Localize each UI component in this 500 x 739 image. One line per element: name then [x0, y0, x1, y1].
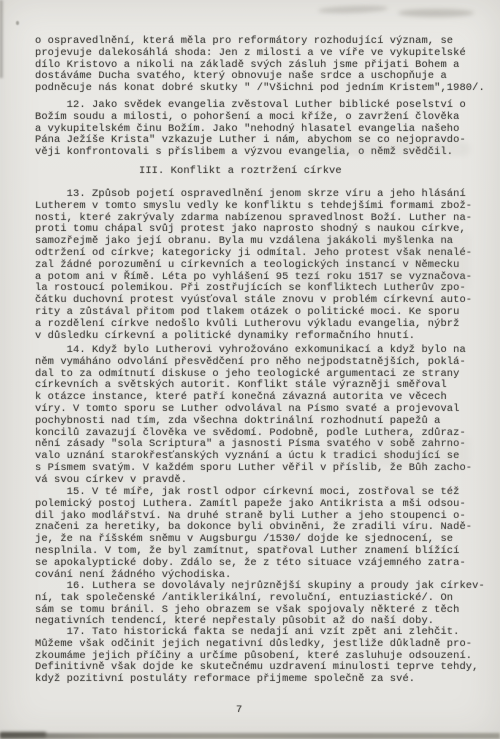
- paragraph-17: 17. Tato historická fakta se nedají ani …: [35, 627, 478, 686]
- bleedthrough-smudge-2: [300, 232, 470, 292]
- page-bottom-edge-band: [0, 733, 500, 739]
- paragraph-11-continuation: o ospravedlnění, která měla pro reformát…: [35, 36, 485, 95]
- paragraph-15: 15. V té míře, jak rostl odpor církevní …: [35, 487, 472, 581]
- bleedthrough-smudge-1: [310, 142, 470, 156]
- smudge-mark-top-right-2: [398, 9, 474, 17]
- bleedthrough-smudge-3: [330, 436, 470, 466]
- section-heading-iii: III. Konflikt a roztržení církve: [139, 166, 342, 178]
- scan-edge-shadow-top-left: [0, 0, 4, 78]
- page-bottom-edge-dark-spot: [0, 732, 46, 737]
- scanned-typewritten-page: o ospravedlnění, která měla pro reformát…: [0, 0, 500, 739]
- page-number: 7: [236, 705, 242, 717]
- ink-speck: [16, 21, 19, 25]
- paragraph-16: 16. Luthera se dovolávaly nejrůznější sk…: [35, 581, 485, 628]
- smudge-mark-top-right-1: [318, 5, 388, 14]
